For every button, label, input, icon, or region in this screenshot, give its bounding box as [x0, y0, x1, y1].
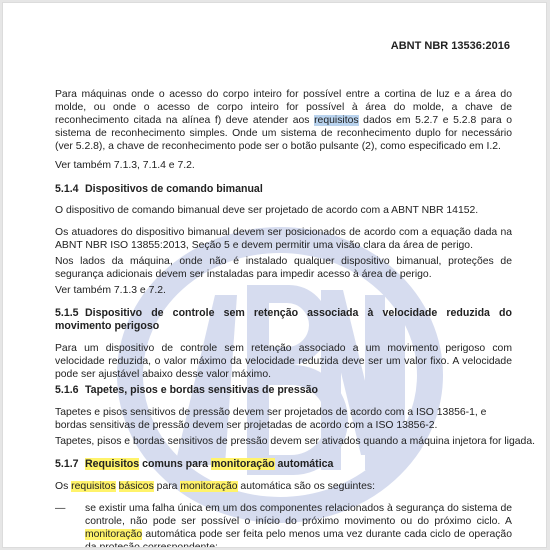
document-page: ABNT NBR 13536:2016 Para máquinas onde o…	[2, 2, 547, 548]
section-heading-5-1-4: 5.1.4Dispositivos de comando bimanual	[55, 183, 263, 196]
list-item: — se existir uma falha única em um dos c…	[55, 502, 512, 548]
section-heading-5-1-7: 5.1.7Requisitos comuns para monitoração …	[55, 458, 333, 471]
highlighted-text: básicos	[119, 481, 154, 492]
paragraph: Os atuadores do dispositivo bimanual dev…	[55, 226, 512, 252]
paragraph: Os requisitos básicos para monitoração a…	[55, 480, 375, 493]
highlighted-text: monitoração	[211, 458, 275, 470]
paragraph: Tapetes e pisos sensitivos de pressão de…	[55, 406, 512, 432]
paragraph: Nos lados da máquina, onde não é instala…	[55, 255, 512, 281]
paragraph: O dispositivo de comando bimanual deve s…	[55, 204, 478, 217]
document-id: ABNT NBR 13536:2016	[391, 40, 510, 52]
highlighted-text: monitoração	[85, 529, 142, 540]
paragraph: Tapetes, pisos e bordas sensitivos de pr…	[55, 435, 525, 448]
section-heading-5-1-6: 5.1.6Tapetes, pisos e bordas sensitivas …	[55, 384, 318, 397]
highlighted-text: requisitos	[71, 481, 115, 492]
highlighted-text: monitoração	[180, 481, 237, 492]
paragraph: Para um dispositivo de controle sem rete…	[55, 342, 512, 381]
selected-text[interactable]: requisitos	[314, 115, 358, 126]
section-heading-5-1-5: 5.1.5Dispositivo de controle sem retençã…	[55, 307, 512, 333]
see-also: Ver também 7.1.3 e 7.2.	[55, 284, 166, 297]
see-also: Ver também 7.1.3, 7.1.4 e 7.2.	[55, 159, 195, 172]
paragraph-chave-reconhecimento: Para máquinas onde o acesso do corpo int…	[55, 88, 512, 153]
highlighted-text: Requisitos	[85, 458, 139, 470]
em-dash-bullet-icon: —	[55, 502, 65, 515]
